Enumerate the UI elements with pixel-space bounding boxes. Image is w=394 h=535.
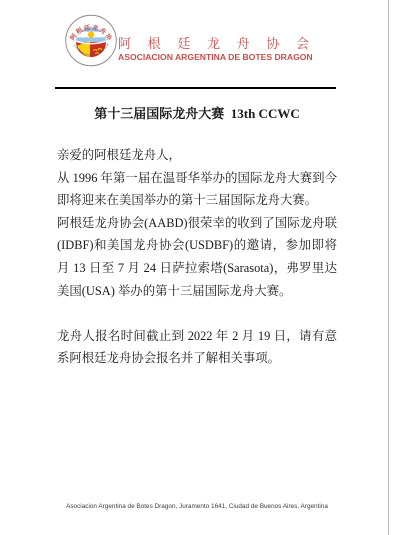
- document-title: 第十三届国际龙舟大赛 13th CCWC: [57, 105, 337, 123]
- body-line: 系阿根廷龙舟协会报名并了解相关事项。: [57, 347, 337, 370]
- header-divider: [55, 87, 336, 89]
- body-line-spacer: [57, 302, 337, 325]
- body-line: 从 1996 年第一届在温哥华举办的国际龙舟大赛到今年我们: [57, 167, 337, 190]
- letter-body: 亲爱的阿根廷龙舟人， 从 1996 年第一届在温哥华举办的国际龙舟大赛到今年我们…: [57, 144, 337, 370]
- footer-address: Asociacion Argentina de Botes Dragon, Ju…: [50, 502, 344, 511]
- association-logo-icon: 阿根廷龙舟协会 ASOCIACION ARGENTINA DE BOTES DR…: [65, 13, 117, 68]
- dragon-boat-emblem-icon: 阿根廷龙舟协会 ASOCIACION ARGENTINA DE BOTES DR…: [65, 13, 117, 68]
- body-line: 月 13 日至 7 月 24 日萨拉索塔(Sarasota)，弗罗里达州(Flo…: [57, 257, 337, 280]
- page-edge-divider: [388, 0, 389, 535]
- org-name-chinese: 阿根廷龙舟协会: [118, 36, 309, 52]
- body-line: (IDBF)和美国龙舟协会(USDBF)的邀请，参加即将在 2022 年 7: [57, 234, 337, 257]
- body-line-salutation: 亲爱的阿根廷龙舟人，: [57, 144, 337, 167]
- org-name-spanish: ASOCIACION ARGENTINA DE BOTES DRAGON: [118, 52, 309, 64]
- body-line: 即将迎来在美国举办的第十三届国际龙舟大赛。: [57, 189, 337, 212]
- document-page: 阿根廷龙舟协会 ASOCIACION ARGENTINA DE BOTES DR…: [0, 0, 394, 535]
- body-line: 阿根廷龙舟协会(AABD)很荣幸的收到了国际龙舟联合会: [57, 212, 337, 235]
- body-line: 美国(USA) 举办的第十三届国际龙舟大赛。: [57, 280, 337, 303]
- body-line: 龙舟人报名时间截止到 2022 年 2 月 19 日，请有意者尽快联: [57, 325, 337, 348]
